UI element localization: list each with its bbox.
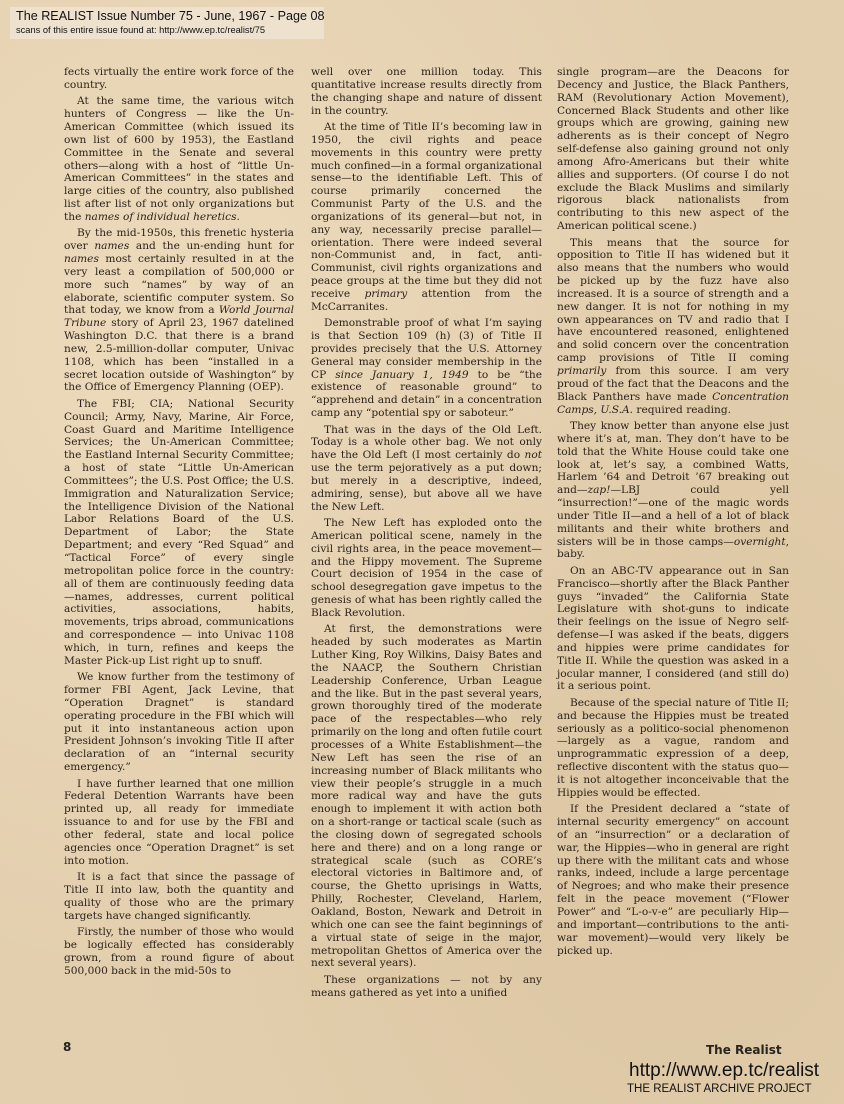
issue-title: The REALIST Issue Number 75 - June, 1967…: [16, 9, 318, 24]
archive-url-link[interactable]: http://www.ep.tc/realist: [629, 1060, 819, 1082]
article-paragraph: fects virtually the entire work force of…: [64, 66, 294, 92]
article-paragraph: single program—are the Deacons for Decen…: [557, 66, 789, 233]
article-paragraph: We know further from the testimony of fo…: [64, 671, 294, 774]
article-paragraph: It is a fact that since the passage of T…: [64, 871, 294, 922]
archive-project-name: THE REALIST ARCHIVE PROJECT: [627, 1083, 811, 1095]
article-paragraph: By the mid-1950s, this frenetic hysteria…: [64, 227, 294, 394]
article-paragraph: At the time of Title II’s becoming law i…: [311, 121, 542, 314]
article-paragraph: These organizations — not by any means g…: [311, 974, 542, 1000]
article-paragraph: Because of the special nature of Title I…: [557, 697, 789, 800]
article-paragraph: That was in the days of the Old Left. To…: [311, 424, 542, 514]
page-number: 8: [63, 1040, 71, 1054]
article-paragraph: well over one million today. This quanti…: [311, 66, 542, 117]
issue-scan-note: scans of this entire issue found at: htt…: [16, 24, 318, 36]
magazine-masthead: The Realist: [706, 1043, 782, 1057]
scan-header-box: The REALIST Issue Number 75 - June, 1967…: [10, 7, 324, 39]
article-paragraph: The FBI; CIA; National Security Council;…: [64, 398, 294, 668]
article-paragraph: The New Left has exploded onto the Ameri…: [311, 517, 542, 620]
article-column-1: fects virtually the entire work force of…: [64, 66, 294, 981]
article-paragraph: This means that the source for oppositio…: [557, 237, 789, 417]
article-paragraph: Demonstrable proof of what I’m saying is…: [311, 317, 542, 420]
article-paragraph: They know better than anyone else just w…: [557, 420, 789, 561]
article-paragraph: Firstly, the number of those who would b…: [64, 926, 294, 977]
article-column-3: single program—are the Deacons for Decen…: [557, 66, 789, 961]
article-column-2: well over one million today. This quanti…: [311, 66, 542, 1003]
article-paragraph: On an ABC-TV appearance out in San Franc…: [557, 565, 789, 693]
article-paragraph: At first, the demonstrations were headed…: [311, 623, 542, 970]
article-paragraph: At the same time, the various witch hunt…: [64, 95, 294, 223]
article-paragraph: I have further learned that one million …: [64, 778, 294, 868]
article-paragraph: If the President declared a “state of in…: [557, 803, 789, 957]
